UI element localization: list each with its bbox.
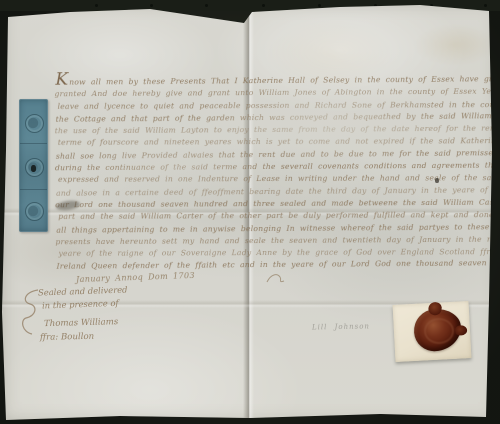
- stamp-ink-mark: [31, 165, 36, 172]
- tack-hole: [205, 4, 208, 7]
- tack-hole: [95, 4, 98, 7]
- date-line: January Annoq Dom 1703: [76, 271, 195, 284]
- stamp-divider: [20, 143, 47, 144]
- ink-speck: [435, 178, 439, 183]
- attestation-line: Sealed and delivered: [38, 284, 128, 297]
- stamp-emblem-icon: [25, 114, 44, 133]
- pen-flourish-icon: [265, 270, 287, 286]
- manuscript-text-block: Know all men by these Presents That I Ka…: [54, 71, 475, 273]
- stamp-emblem-icon: [25, 202, 44, 221]
- photograph-background: Know all men by these Presents That I Ka…: [0, 0, 500, 424]
- attestation-line: in the presence of: [42, 298, 128, 311]
- parchment-sheet: Know all men by these Presents That I Ka…: [0, 0, 500, 424]
- witness-signature: Thomas Williams: [44, 317, 128, 329]
- pencil-annotation: Lill Johnson: [312, 322, 370, 331]
- witness-signature: ffra: Boullon: [40, 331, 128, 343]
- wax-seal-impression: [424, 318, 454, 344]
- stamp-divider: [20, 189, 47, 190]
- tack-hole: [262, 4, 265, 7]
- tack-hole: [150, 4, 153, 7]
- attestation-block: Sealed and delivered in the presence of …: [38, 286, 127, 342]
- tack-hole: [318, 4, 321, 7]
- blue-revenue-stamp: [19, 99, 48, 232]
- tack-hole: [484, 4, 487, 7]
